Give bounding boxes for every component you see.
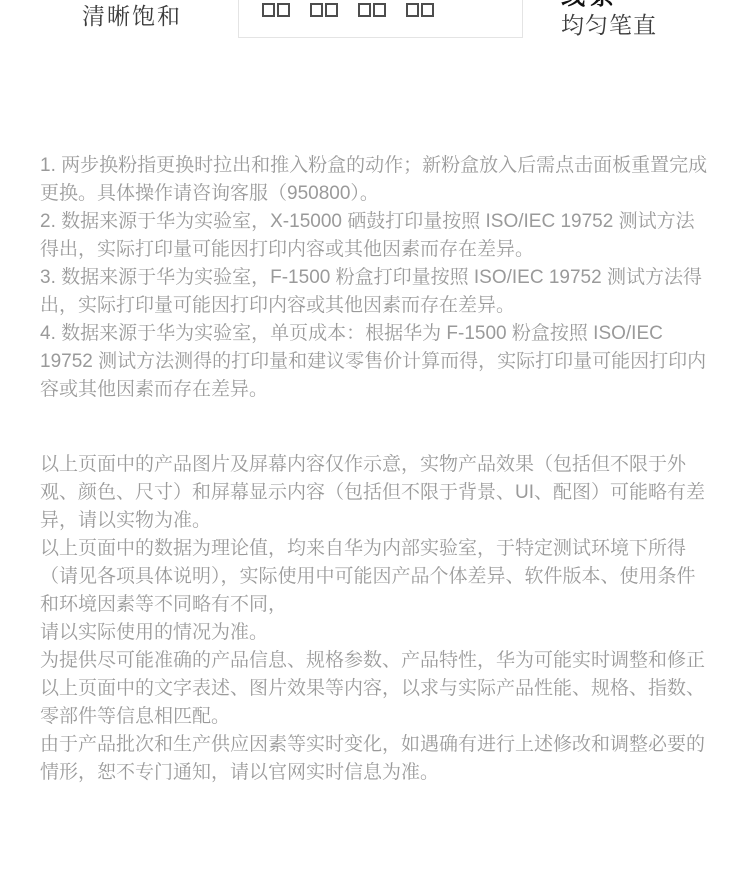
missing-glyph-group bbox=[358, 3, 386, 17]
disclaimer-paragraph: 以上页面中的产品图片及屏幕内容仅作示意，实物产品效果（包括但不限于外观、颜色、尺… bbox=[40, 451, 713, 535]
footnotes-block: 1. 两步换粉指更换时拉出和推入粉盒的动作；新粉盒放入后需点击面板重置完成更换。… bbox=[40, 152, 713, 404]
missing-glyph-icon bbox=[358, 3, 371, 17]
footnote-paragraph: 3. 数据来源于华为实验室，F-1500 粉盒打印量按照 ISO/IEC 197… bbox=[40, 264, 713, 320]
missing-glyph-icon bbox=[262, 3, 275, 17]
disclaimer-paragraph: 由于产品批次和生产供应因素等实时变化，如遇确有进行上述修改和调整必要的情形，恕不… bbox=[40, 731, 713, 787]
sample-image-card bbox=[238, 0, 523, 38]
disclaimer-paragraph: 为提供尽可能准确的产品信息、规格参数、产品特性，华为可能实时调整和修正以上页面中… bbox=[40, 647, 713, 731]
footnote-paragraph: 1. 两步换粉指更换时拉出和推入粉盒的动作；新粉盒放入后需点击面板重置完成更换。… bbox=[40, 152, 713, 208]
missing-glyph-icon bbox=[406, 3, 419, 17]
disclaimer-paragraph: 请以实际使用的情况为准。 bbox=[40, 619, 713, 647]
footnote-paragraph: 4. 数据来源于华为实验室，单页成本：根据华为 F-1500 粉盒按照 ISO/… bbox=[40, 320, 713, 404]
missing-glyph-group bbox=[406, 3, 434, 17]
missing-glyph-icon bbox=[421, 3, 434, 17]
footnote-paragraph: 2. 数据来源于华为实验室，X-15000 硒鼓打印量按照 ISO/IEC 19… bbox=[40, 208, 713, 264]
disclaimer-paragraph: 以上页面中的数据为理论值，均来自华为内部实验室，于特定测试环境下所得（请见各项具… bbox=[40, 535, 713, 619]
missing-glyph-icon bbox=[310, 3, 323, 17]
missing-glyph-group bbox=[262, 3, 290, 17]
feature-caption-left: 清晰饱和 bbox=[82, 0, 182, 31]
missing-glyph-icon bbox=[277, 3, 290, 17]
missing-glyph-group bbox=[310, 3, 338, 17]
disclaimers-block: 以上页面中的产品图片及屏幕内容仅作示意，实物产品效果（包括但不限于外观、颜色、尺… bbox=[40, 451, 713, 787]
feature-caption-right: 均匀笔直 bbox=[561, 7, 657, 40]
missing-glyph-row bbox=[262, 3, 434, 17]
legal-text-section: 1. 两步换粉指更换时拉出和推入粉盒的动作；新粉盒放入后需点击面板重置完成更换。… bbox=[40, 152, 713, 787]
missing-glyph-icon bbox=[325, 3, 338, 17]
missing-glyph-icon bbox=[373, 3, 386, 17]
